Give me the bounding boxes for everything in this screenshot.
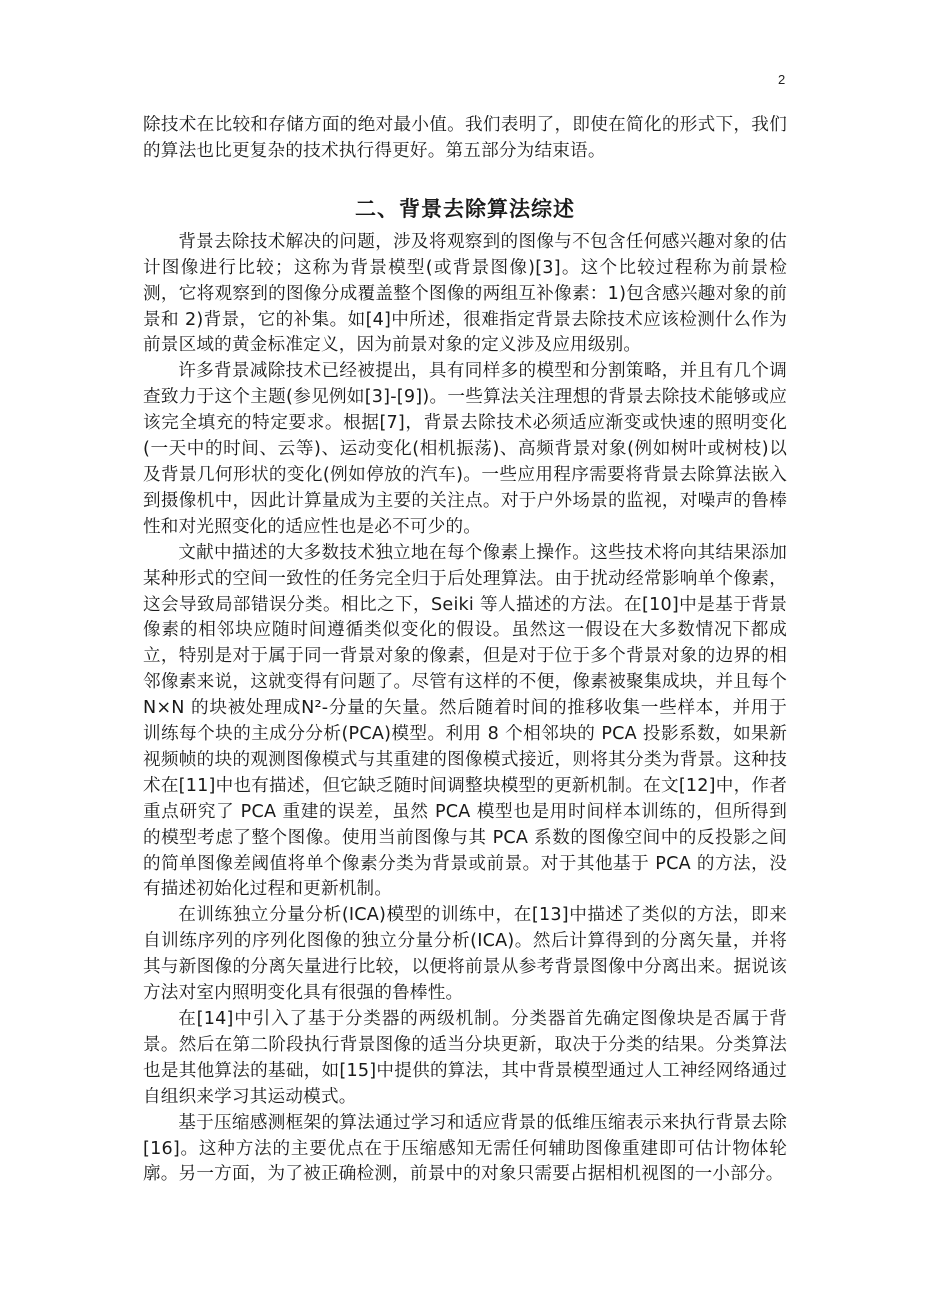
page-number: 2 — [778, 72, 785, 87]
body-paragraph-1: 背景去除技术解决的问题，涉及将观察到的图像与不包含任何感兴趣对象的估计图像进行比… — [143, 230, 787, 360]
body-paragraph-3: 文献中描述的大多数技术独立地在每个像素上操作。这些技术将向其结果添加某种形式的空… — [143, 541, 787, 904]
document-body: 除技术在比较和存储方面的绝对最小值。我们表明了，即使在简化的形式下，我们的算法也… — [143, 113, 787, 1188]
body-paragraph-2: 许多背景减除技术已经被提出，具有同样多的模型和分割策略，并且有几个调查致力于这个… — [143, 359, 787, 540]
body-paragraph-4: 在训练独立分量分析(ICA)模型的训练中，在[13]中描述了类似的方法，即来自训… — [143, 903, 787, 1007]
body-paragraph-6: 基于压缩感测框架的算法通过学习和适应背景的低维压缩表示来执行背景去除[16]。这… — [143, 1111, 787, 1189]
intro-continuation-paragraph: 除技术在比较和存储方面的绝对最小值。我们表明了，即使在简化的形式下，我们的算法也… — [143, 113, 787, 165]
section-heading: 二、背景去除算法综述 — [143, 165, 787, 230]
body-paragraph-5: 在[14]中引入了基于分类器的两级机制。分类器首先确定图像块是否属于背景。然后在… — [143, 1007, 787, 1111]
